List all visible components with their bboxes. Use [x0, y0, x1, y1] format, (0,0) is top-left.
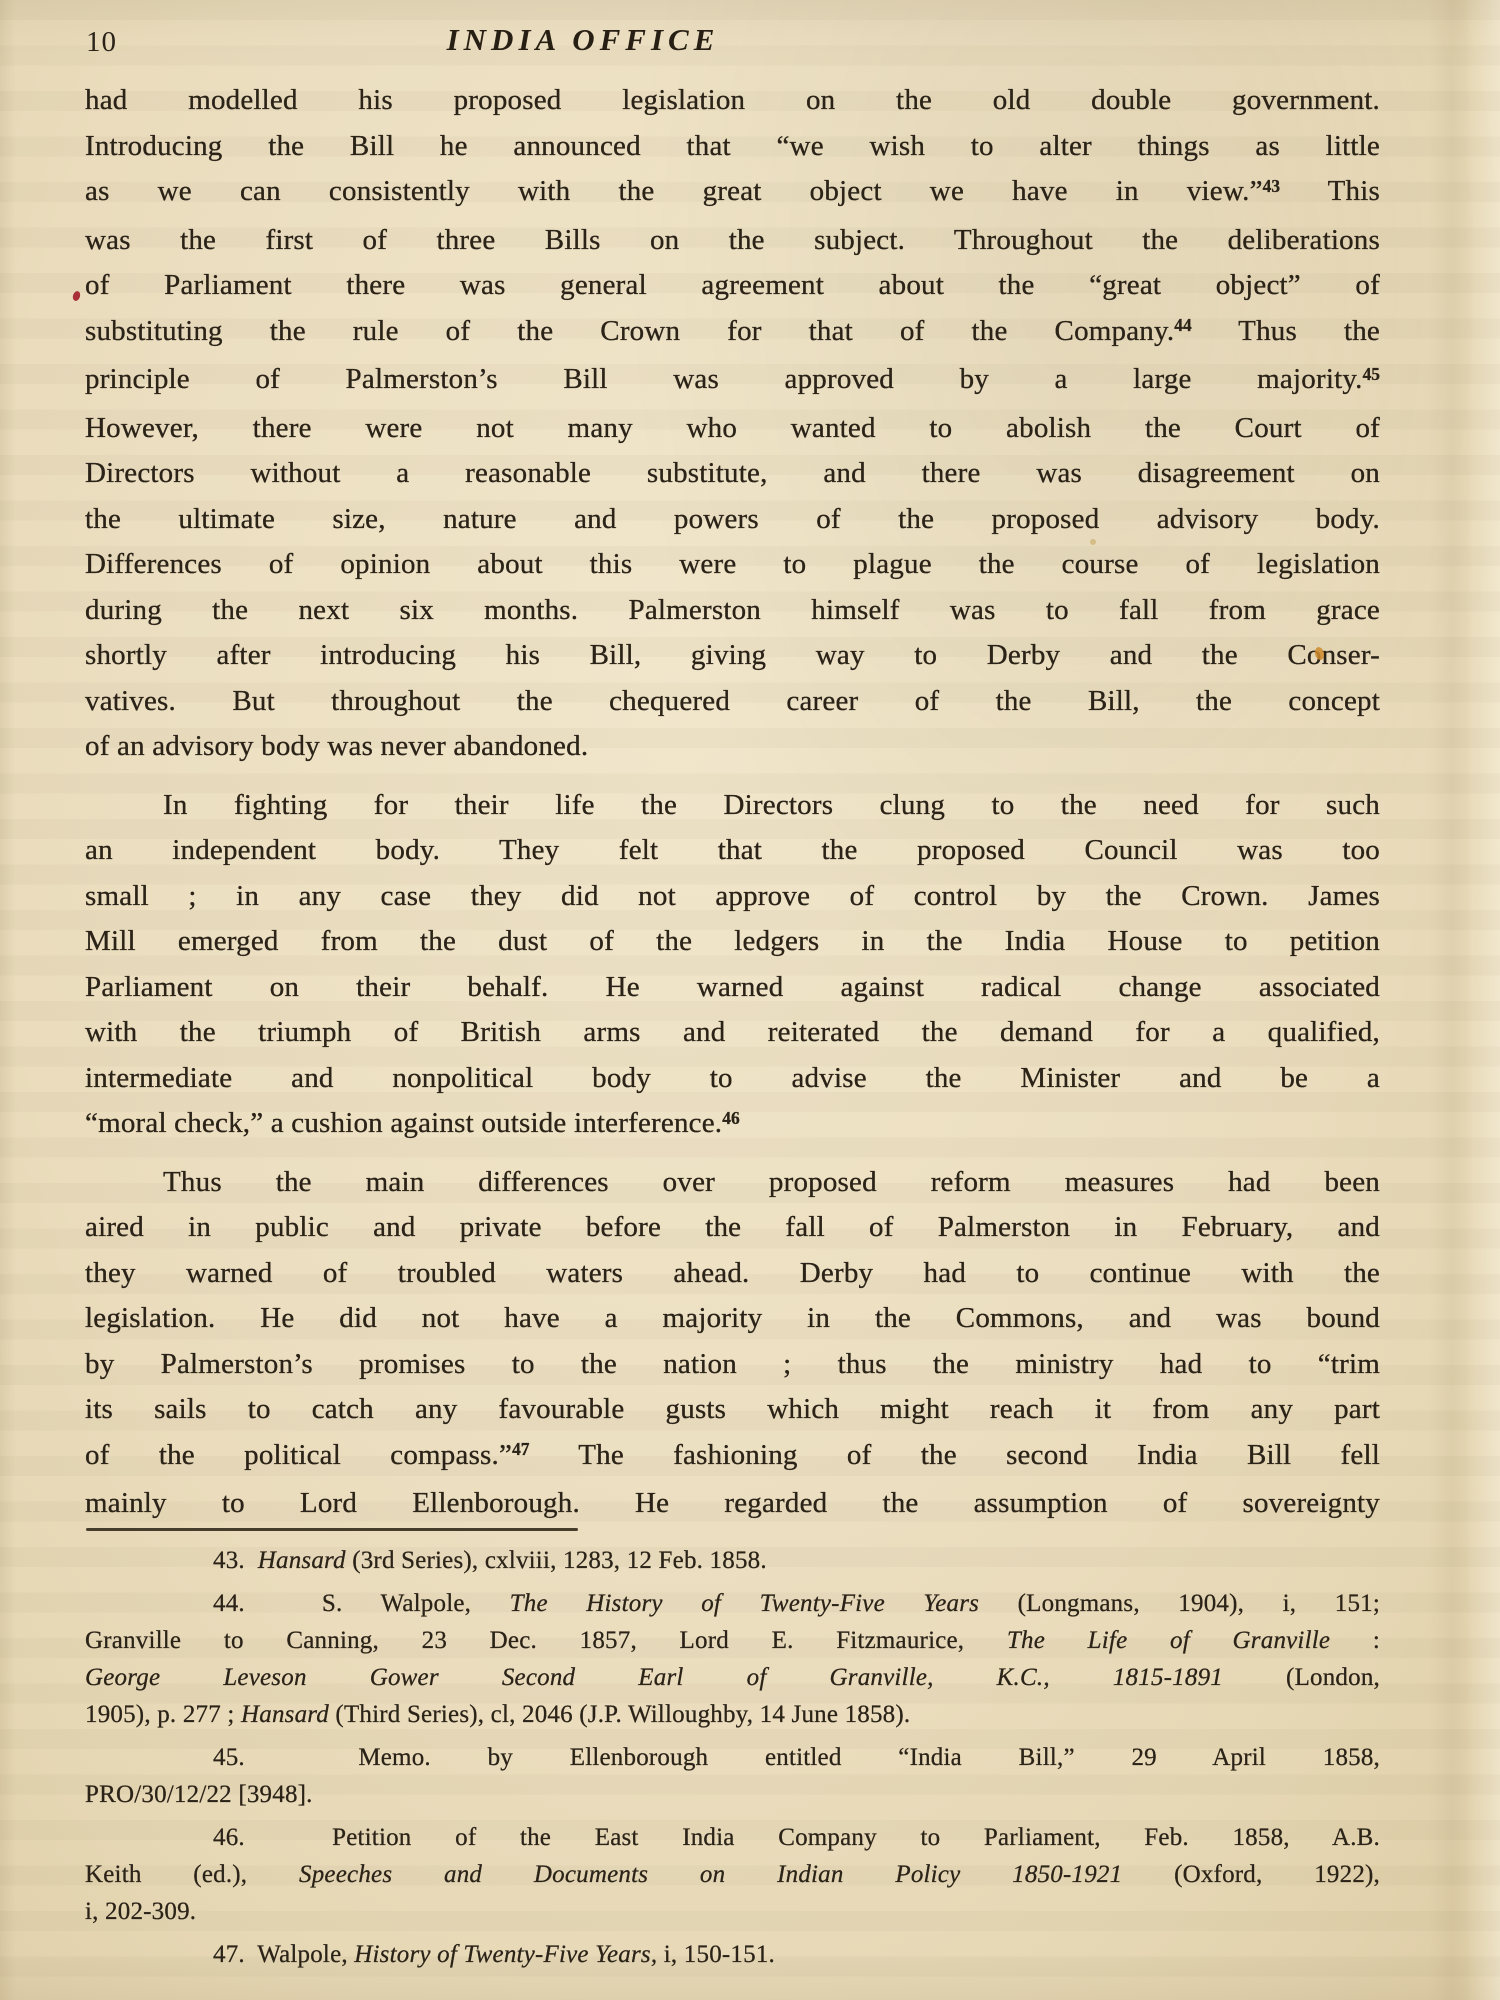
- text-line: an independent body. They felt that the …: [85, 828, 1380, 874]
- text-line: vatives. But throughout the chequered ca…: [85, 679, 1380, 725]
- paragraph: In fighting for their life the Directors…: [85, 783, 1380, 1150]
- text-line: “moral check,” a cushion against outside…: [85, 1101, 1380, 1150]
- text-line: its sails to catch any favourable gusts …: [85, 1387, 1380, 1433]
- footnote-line: i, 202-309.: [85, 1893, 1380, 1930]
- page-number: 10: [86, 26, 117, 59]
- text-line: Directors without a reasonable substitut…: [85, 451, 1380, 497]
- text-line: Thus the main differences over proposed …: [85, 1160, 1380, 1206]
- text-line: of an advisory body was never abandoned.: [85, 724, 1380, 770]
- text-line: they warned of troubled waters ahead. De…: [85, 1251, 1380, 1297]
- footnotes: 43. Hansard (3rd Series), cxlviii, 1283,…: [85, 1542, 1380, 1979]
- running-header-title: INDIA OFFICE: [447, 22, 720, 58]
- footnote-line: 1905), p. 277 ; Hansard (Third Series), …: [85, 1696, 1380, 1733]
- text-line: Parliament on their behalf. He warned ag…: [85, 965, 1380, 1011]
- footnote-line: PRO/30/12/22 [3948].: [85, 1776, 1380, 1813]
- book-page: 10 INDIA OFFICE had modelled his propose…: [0, 0, 1500, 2000]
- text-line: as we can consistently with the great ob…: [85, 169, 1380, 218]
- text-line: during the next six months. Palmerston h…: [85, 588, 1380, 634]
- text-line: of Parliament there was general agreemen…: [85, 263, 1380, 309]
- text-line: had modelled his proposed legislation on…: [85, 78, 1380, 124]
- text-line: was the first of three Bills on the subj…: [85, 218, 1380, 264]
- paragraph: Thus the main differences over proposed …: [85, 1160, 1380, 1527]
- footnote-line: 46. Petition of the East India Company t…: [85, 1819, 1380, 1856]
- footnote-line: 43. Hansard (3rd Series), cxlviii, 1283,…: [85, 1542, 1380, 1579]
- body-text: had modelled his proposed legislation on…: [85, 78, 1380, 1527]
- text-line: intermediate and nonpolitical body to ad…: [85, 1056, 1380, 1102]
- text-line: small ; in any case they did not approve…: [85, 874, 1380, 920]
- footnote-46: 46. Petition of the East India Company t…: [85, 1819, 1380, 1930]
- text-line: aired in public and private before the f…: [85, 1205, 1380, 1251]
- footnote-44: 44. S. Walpole, The History of Twenty-Fi…: [85, 1585, 1380, 1733]
- footnote-separator: [86, 1528, 578, 1531]
- text-line: by Palmerston’s promises to the nation ;…: [85, 1342, 1380, 1388]
- text-line: Mill emerged from the dust of the ledger…: [85, 919, 1380, 965]
- text-line: In fighting for their life the Directors…: [85, 783, 1380, 829]
- footnote-line: 47. Walpole, History of Twenty-Five Year…: [85, 1936, 1380, 1973]
- text-line: principle of Palmerston’s Bill was appro…: [85, 357, 1380, 406]
- footnote-line: 45. Memo. by Ellenborough entitled “Indi…: [85, 1739, 1380, 1776]
- text-line: substituting the rule of the Crown for t…: [85, 309, 1380, 358]
- text-line: Introducing the Bill he announced that “…: [85, 124, 1380, 170]
- footnote-47: 47. Walpole, History of Twenty-Five Year…: [85, 1936, 1380, 1973]
- ink-speck: [72, 290, 82, 302]
- text-line: Differences of opinion about this were t…: [85, 542, 1380, 588]
- text-line: legislation. He did not have a majority …: [85, 1296, 1380, 1342]
- footnote-line: 44. S. Walpole, The History of Twenty-Fi…: [85, 1585, 1380, 1622]
- paragraph: had modelled his proposed legislation on…: [85, 78, 1380, 770]
- text-line: the ultimate size, nature and powers of …: [85, 497, 1380, 543]
- footnote-line: Granville to Canning, 23 Dec. 1857, Lord…: [85, 1622, 1380, 1659]
- text-line: with the triumph of British arms and rei…: [85, 1010, 1380, 1056]
- footnote-line: Keith (ed.), Speeches and Documents on I…: [85, 1856, 1380, 1893]
- text-line: shortly after introducing his Bill, givi…: [85, 633, 1380, 679]
- text-line: of the political compass.”47 The fashion…: [85, 1433, 1380, 1482]
- footnote-43: 43. Hansard (3rd Series), cxlviii, 1283,…: [85, 1542, 1380, 1579]
- footnote-line: George Leveson Gower Second Earl of Gran…: [85, 1659, 1380, 1696]
- text-line: mainly to Lord Ellenborough. He regarded…: [85, 1481, 1380, 1527]
- text-line: However, there were not many who wanted …: [85, 406, 1380, 452]
- footnote-45: 45. Memo. by Ellenborough entitled “Indi…: [85, 1739, 1380, 1813]
